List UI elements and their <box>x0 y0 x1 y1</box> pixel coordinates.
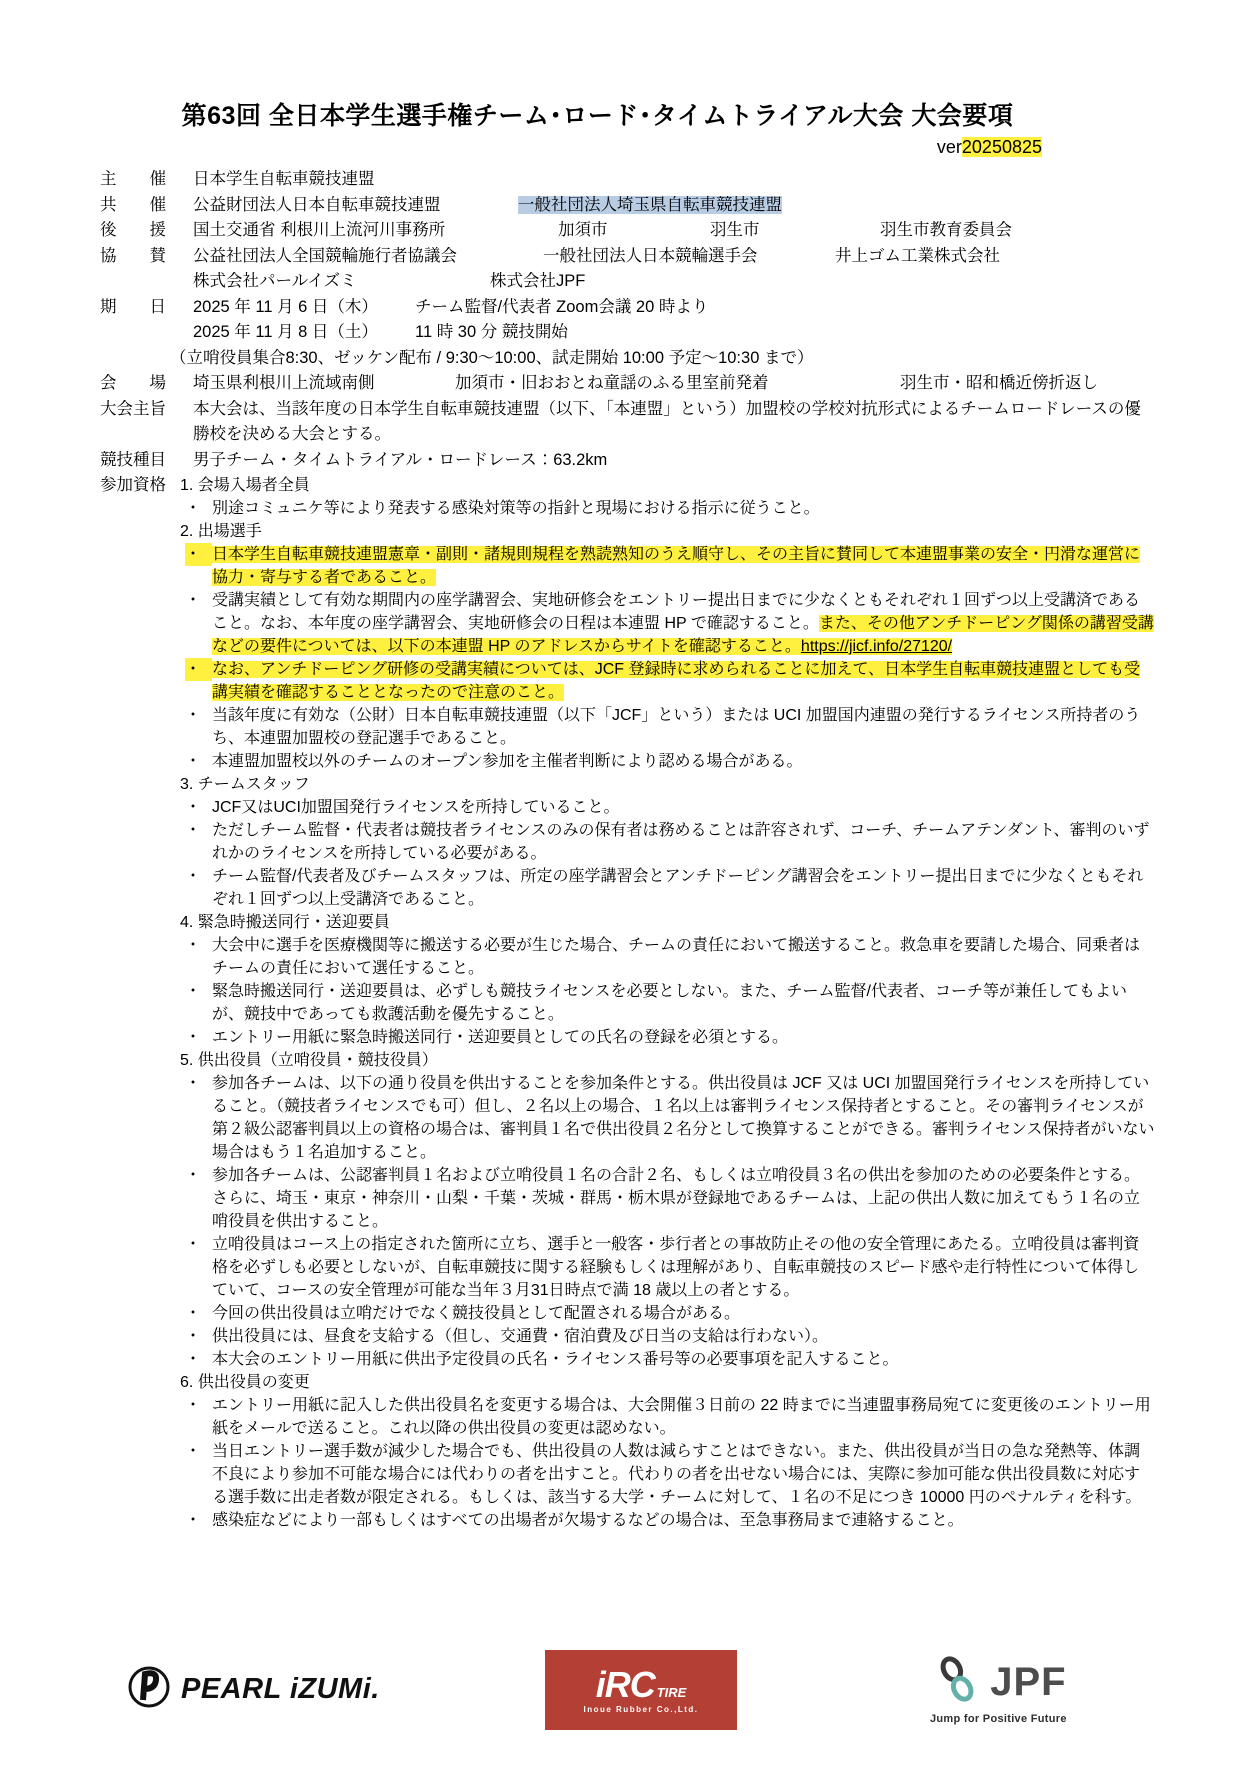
info-label: 協 賛 <box>100 244 193 270</box>
eligibility-list: 1. 会場入場者全員・別途コミュニケ等により発表する感染対策等の指針と現場におけ… <box>180 474 1155 1532</box>
bullet-marker: ・ <box>185 704 212 727</box>
version-line: ver20250825 <box>100 137 1155 158</box>
list-item-text: 受講実績として有効な期間内の座学講習会、実地研修会をエントリー提出日までに少なく… <box>212 589 1155 658</box>
list-item-text: 立哨役員はコース上の指定された箇所に立ち、選手と一般客・歩行者との事故防止その他… <box>212 1233 1155 1302</box>
info-row: 大会主旨本大会は、当該年度の日本学生自転車競技連盟（以下、「本連盟」という）加盟… <box>100 397 1155 448</box>
list-item-text: JCF又はUCI加盟国発行ライセンスを所持していること。 <box>212 796 1155 819</box>
bullet-marker: ・ <box>185 497 212 520</box>
list-heading: 6. 供出役員の変更 <box>180 1371 1155 1394</box>
info-row: 共 催公益財団法人日本自転車競技連盟一般社団法人埼玉県自転車競技連盟 <box>100 193 1155 219</box>
jpf-icon <box>930 1654 984 1709</box>
bullet-marker: ・ <box>185 1440 212 1463</box>
text-segment: 大会中に選手を医療機関等に搬送する必要が生じた場合、チームの責任において搬送する… <box>212 937 1140 977</box>
info-cell: 羽生市 <box>710 218 880 244</box>
info-cell: 一般社団法人埼玉県自転車競技連盟 <box>518 196 782 214</box>
list-item: ・エントリー用紙に記入した供出役員名を変更する場合は、大会開催３日前の 22 時… <box>180 1394 1155 1440</box>
list-item: ・本大会のエントリー用紙に供出予定役員の氏名・ライセンス番号等の必要事項を記入す… <box>180 1348 1155 1371</box>
list-item-text: 当該年度に有効な（公財）日本自転車競技連盟（以下「JCF」という）または UCI… <box>212 704 1155 750</box>
list-item-text: チーム監督/代表者及びチームスタッフは、所定の座学講習会とアンチドーピング講習会… <box>212 865 1155 911</box>
jpf-wordmark: JPF <box>990 1662 1066 1702</box>
info-label: 共 催 <box>100 193 193 219</box>
info-cell: 株式会社パールイズミ <box>193 269 490 295</box>
list-item: ・別途コミュニケ等により発表する感染対策等の指針と現場における指示に従うこと。 <box>180 497 1155 520</box>
info-row: 会 場埼玉県利根川上流域南側加須市・旧おおとね童謡のふる里室前発着羽生市・昭和橋… <box>100 371 1155 397</box>
text-segment: 参加各チームは、公認審判員１名および立哨役員１名の合計２名、もしくは立哨役員３名… <box>212 1167 1140 1230</box>
info-cell: 日本学生自転車競技連盟 <box>193 170 375 188</box>
text-segment: 感染症などにより一部もしくはすべての出場者が欠場するなどの場合は、至急事務局まで… <box>212 1512 964 1529</box>
list-item-text: 供出役員には、昼食を支給する（但し、交通費・宿泊費及び日当の支給は行わない）。 <box>212 1325 1155 1348</box>
info-cell: 一般社団法人日本競輪選手会 <box>543 244 835 270</box>
list-item-text: 参加各チームは、以下の通り役員を供出することを参加条件とする。供出役員は JCF… <box>212 1072 1155 1164</box>
bullet-marker: ・ <box>185 796 212 819</box>
list-item-text: エントリー用紙に緊急時搬送同行・送迎要員としての氏名の登録を必須とする。 <box>212 1026 1155 1049</box>
list-item: ・受講実績として有効な期間内の座学講習会、実地研修会をエントリー提出日までに少な… <box>180 589 1155 658</box>
bullet-marker: ・ <box>185 1509 212 1532</box>
info-label: 後 援 <box>100 218 193 244</box>
info-cell: 2025 年 11 月 8 日（土） <box>193 320 415 346</box>
info-label: 競技種目 <box>100 448 193 474</box>
list-item: ・チーム監督/代表者及びチームスタッフは、所定の座学講習会とアンチドーピング講習… <box>180 865 1155 911</box>
info-cell: 国土交通省 利根川上流河川事務所 <box>193 218 558 244</box>
jicf-link[interactable]: https://jicf.info/27120/ <box>801 638 952 655</box>
info-cell: 男子チーム・タイムトライアル・ロードレース：63.2km <box>193 451 607 469</box>
text-segment: エントリー用紙に記入した供出役員名を変更する場合は、大会開催３日前の 22 時ま… <box>212 1397 1151 1437</box>
info-value: 公益社団法人全国競輪施行者協議会一般社団法人日本競輪選手会井上ゴム工業株式会社株… <box>193 244 1155 295</box>
list-item-text: 日本学生自転車競技連盟憲章・副則・諸規則規程を熟読熟知のうえ順守し、その主旨に賛… <box>212 543 1155 589</box>
bullet-marker: ・ <box>185 1072 212 1095</box>
info-label: 大会主旨 <box>100 397 193 423</box>
irc-tire-logo: iRCTIRE Inoue Rubber Co.,Ltd. <box>545 1650 737 1730</box>
list-item: ・ただしチーム監督・代表者は競技者ライセンスのみの保有者は務めることは許容されず… <box>180 819 1155 865</box>
info-label: 会 場 <box>100 371 193 397</box>
bullet-marker: ・ <box>185 1394 212 1417</box>
jpf-tagline: Jump for Positive Future <box>930 1713 1067 1725</box>
text-segment: 当日エントリー選手数が減少した場合でも、供出役員の人数は減らすことはできない。ま… <box>212 1443 1141 1506</box>
pearl-izumi-icon <box>126 1664 172 1715</box>
pearl-izumi-wordmark: PEARL iZUMi. <box>181 1673 380 1706</box>
info-row: 協 賛公益社団法人全国競輪施行者協議会一般社団法人日本競輪選手会井上ゴム工業株式… <box>100 244 1155 295</box>
list-item: ・JCF又はUCI加盟国発行ライセンスを所持していること。 <box>180 796 1155 819</box>
bullet-marker: ・ <box>185 1026 212 1049</box>
text-segment: 本連盟加盟校以外のチームのオープン参加を主催者判断により認める場合がある。 <box>212 753 803 770</box>
info-cell: 公益財団法人日本自転車競技連盟 <box>193 193 518 219</box>
info-label: 主 催 <box>100 167 193 193</box>
list-heading: 5. 供出役員（立哨役員・競技役員） <box>180 1049 1155 1072</box>
text-segment: 日本学生自転車競技連盟憲章・副則・諸規則規程を熟読熟知のうえ順守し、その主旨に賛… <box>212 546 1140 586</box>
list-item: ・参加各チームは、公認審判員１名および立哨役員１名の合計２名、もしくは立哨役員３… <box>180 1164 1155 1233</box>
bullet-marker: ・ <box>185 980 212 1003</box>
list-item: ・当該年度に有効な（公財）日本自転車競技連盟（以下「JCF」という）または UC… <box>180 704 1155 750</box>
list-item-text: 大会中に選手を医療機関等に搬送する必要が生じた場合、チームの責任において搬送する… <box>212 934 1155 980</box>
text-segment: 今回の供出役員は立哨だけでなく競技役員として配置される場合がある。 <box>212 1305 740 1322</box>
text-segment: 本大会のエントリー用紙に供出予定役員の氏名・ライセンス番号等の必要事項を記入する… <box>212 1351 899 1368</box>
version-value: 20250825 <box>962 137 1042 157</box>
list-item-text: 今回の供出役員は立哨だけでなく競技役員として配置される場合がある。 <box>212 1302 1155 1325</box>
pearl-izumi-logo: PEARL iZUMi. <box>126 1664 380 1715</box>
bullet-marker: ・ <box>185 1302 212 1325</box>
list-item-text: エントリー用紙に記入した供出役員名を変更する場合は、大会開催３日前の 22 時ま… <box>212 1394 1155 1440</box>
info-cell: 羽生市・昭和橋近傍折返し <box>900 374 1098 392</box>
info-row: 後 援国土交通省 利根川上流河川事務所加須市羽生市羽生市教育委員会 <box>100 218 1155 244</box>
text-segment: なお、アンチドーピング研修の受講実績については、JCF 登録時に求められることに… <box>212 661 1140 701</box>
irc-company-name: Inoue Rubber Co.,Ltd. <box>545 1705 737 1714</box>
text-segment: 当該年度に有効な（公財）日本自転車競技連盟（以下「JCF」という）または UCI… <box>212 707 1140 747</box>
text-segment: チーム監督/代表者及びチームスタッフは、所定の座学講習会とアンチドーピング講習会… <box>212 868 1144 908</box>
info-row: 競技種目男子チーム・タイムトライアル・ロードレース：63.2km <box>100 448 1155 474</box>
info-cell: 埼玉県利根川上流域南側 <box>193 371 455 397</box>
list-item-text: 本連盟加盟校以外のチームのオープン参加を主催者判断により認める場合がある。 <box>212 750 1155 773</box>
bullet-marker: ・ <box>185 589 212 612</box>
info-row: 主 催日本学生自転車競技連盟 <box>100 167 1155 193</box>
page-title: 第63回 全日本学生選手権チーム･ロード･タイムトライアル大会 大会要項 <box>100 96 1155 132</box>
info-label: 期 日 <box>100 295 193 321</box>
eligibility-label: 参加資格 <box>100 474 180 497</box>
list-item: ・当日エントリー選手数が減少した場合でも、供出役員の人数は減らすことはできない。… <box>180 1440 1155 1509</box>
list-item-text: 緊急時搬送同行・送迎要員は、必ずしも競技ライセンスを必要としない。また、チーム監… <box>212 980 1155 1026</box>
list-heading: 4. 緊急時搬送同行・送迎要員 <box>180 911 1155 934</box>
info-cell: （立哨役員集合8:30、ゼッケン配布 / 9:30～10:00、試走開始 10:… <box>170 349 813 367</box>
bullet-marker: ・ <box>185 1233 212 1256</box>
text-segment: 立哨役員はコース上の指定された箇所に立ち、選手と一般客・歩行者との事故防止その他… <box>212 1236 1139 1299</box>
info-value: 男子チーム・タイムトライアル・ロードレース：63.2km <box>193 448 1155 474</box>
bullet-marker: ・ <box>185 934 212 957</box>
info-cell: チーム監督/代表者 Zoom会議 20 時より <box>415 298 708 316</box>
info-cell: 株式会社JPF <box>490 272 585 290</box>
list-item-text: 当日エントリー選手数が減少した場合でも、供出役員の人数は減らすことはできない。ま… <box>212 1440 1155 1509</box>
eligibility-section: 参加資格 1. 会場入場者全員・別途コミュニケ等により発表する感染対策等の指針と… <box>100 474 1155 1532</box>
list-heading: 3. チームスタッフ <box>180 773 1155 796</box>
list-item-text: ただしチーム監督・代表者は競技者ライセンスのみの保有者は務めることは許容されず、… <box>212 819 1155 865</box>
list-item: ・エントリー用紙に緊急時搬送同行・送迎要員としての氏名の登録を必須とする。 <box>180 1026 1155 1049</box>
list-item: ・本連盟加盟校以外のチームのオープン参加を主催者判断により認める場合がある。 <box>180 750 1155 773</box>
info-value: 2025 年 11 月 6 日（木）チーム監督/代表者 Zoom会議 20 時よ… <box>193 295 1155 372</box>
info-row: 期 日2025 年 11 月 6 日（木）チーム監督/代表者 Zoom会議 20… <box>100 295 1155 372</box>
info-value: 埼玉県利根川上流域南側加須市・旧おおとね童謡のふる里室前発着羽生市・昭和橋近傍折… <box>193 371 1155 397</box>
info-value: 国土交通省 利根川上流河川事務所加須市羽生市羽生市教育委員会 <box>193 218 1155 244</box>
irc-wordmark: iRC <box>596 1664 655 1705</box>
info-value: 日本学生自転車競技連盟 <box>193 167 1155 193</box>
list-item-text: なお、アンチドーピング研修の受講実績については、JCF 登録時に求められることに… <box>212 658 1155 704</box>
info-cell: 井上ゴム工業株式会社 <box>835 247 1000 265</box>
info-cell: 公益社団法人全国競輪施行者協議会 <box>193 244 543 270</box>
info-value: 公益財団法人日本自転車競技連盟一般社団法人埼玉県自転車競技連盟 <box>193 193 1155 219</box>
text-segment: 緊急時搬送同行・送迎要員は、必ずしも競技ライセンスを必要としない。また、チーム監… <box>212 983 1127 1023</box>
bullet-marker: ・ <box>185 750 212 773</box>
list-item: ・感染症などにより一部もしくはすべての出場者が欠場するなどの場合は、至急事務局ま… <box>180 1509 1155 1532</box>
list-item: ・緊急時搬送同行・送迎要員は、必ずしも競技ライセンスを必要としない。また、チーム… <box>180 980 1155 1026</box>
list-item: ・供出役員には、昼食を支給する（但し、交通費・宿泊費及び日当の支給は行わない）。 <box>180 1325 1155 1348</box>
jpf-logo: JPF Jump for Positive Future <box>930 1654 1067 1725</box>
info-cell: 2025 年 11 月 6 日（木） <box>193 295 415 321</box>
list-item-text: 本大会のエントリー用紙に供出予定役員の氏名・ライセンス番号等の必要事項を記入する… <box>212 1348 1155 1371</box>
info-cell: 羽生市教育委員会 <box>880 221 1012 239</box>
info-cell: 11 時 30 分 競技開始 <box>415 323 568 341</box>
bullet-marker: ・ <box>185 865 212 888</box>
sponsor-footer: PEARL iZUMi. iRCTIRE Inoue Rubber Co.,Lt… <box>0 1648 1252 1748</box>
list-item: ・日本学生自転車競技連盟憲章・副則・諸規則規程を熟読熟知のうえ順守し、その主旨に… <box>180 543 1155 589</box>
bullet-marker: ・ <box>185 1325 212 1348</box>
list-item: ・大会中に選手を医療機関等に搬送する必要が生じた場合、チームの責任において搬送す… <box>180 934 1155 980</box>
bullet-marker: ・ <box>185 543 212 566</box>
list-item-text: 感染症などにより一部もしくはすべての出場者が欠場するなどの場合は、至急事務局まで… <box>212 1509 1155 1532</box>
text-segment: 参加各チームは、以下の通り役員を供出することを参加条件とする。供出役員は JCF… <box>212 1075 1155 1161</box>
info-cell: 加須市 <box>558 218 710 244</box>
text-segment: JCF又はUCI加盟国発行ライセンスを所持していること。 <box>212 799 619 816</box>
bullet-marker: ・ <box>185 1164 212 1187</box>
list-item-text: 別途コミュニケ等により発表する感染対策等の指針と現場における指示に従うこと。 <box>212 497 1155 520</box>
info-cell: 本大会は、当該年度の日本学生自転車競技連盟（以下、「本連盟」という）加盟校の学校… <box>193 400 1141 444</box>
bullet-marker: ・ <box>185 1348 212 1371</box>
bullet-marker: ・ <box>185 819 212 842</box>
bullet-marker: ・ <box>185 658 212 681</box>
list-item-text: 参加各チームは、公認審判員１名および立哨役員１名の合計２名、もしくは立哨役員３名… <box>212 1164 1155 1233</box>
text-segment: ただしチーム監督・代表者は競技者ライセンスのみの保有者は務めることは許容されず、… <box>212 822 1149 862</box>
list-heading: 2. 出場選手 <box>180 520 1155 543</box>
list-item: ・なお、アンチドーピング研修の受講実績については、JCF 登録時に求められること… <box>180 658 1155 704</box>
document-page: 第63回 全日本学生選手権チーム･ロード･タイムトライアル大会 大会要項 ver… <box>0 0 1252 1768</box>
irc-tire-label: TIRE <box>657 1685 687 1700</box>
version-prefix: ver <box>937 137 962 157</box>
list-item: ・今回の供出役員は立哨だけでなく競技役員として配置される場合がある。 <box>180 1302 1155 1325</box>
info-value: 本大会は、当該年度の日本学生自転車競技連盟（以下、「本連盟」という）加盟校の学校… <box>193 397 1155 448</box>
list-item: ・参加各チームは、以下の通り役員を供出することを参加条件とする。供出役員は JC… <box>180 1072 1155 1164</box>
text-segment: 別途コミュニケ等により発表する感染対策等の指針と現場における指示に従うこと。 <box>212 500 820 517</box>
text-segment: 供出役員には、昼食を支給する（但し、交通費・宿泊費及び日当の支給は行わない）。 <box>212 1328 828 1345</box>
text-segment: エントリー用紙に緊急時搬送同行・送迎要員としての氏名の登録を必須とする。 <box>212 1029 788 1046</box>
info-table: 主 催日本学生自転車競技連盟共 催公益財団法人日本自転車競技連盟一般社団法人埼玉… <box>100 167 1155 473</box>
list-heading: 1. 会場入場者全員 <box>180 474 1155 497</box>
list-item: ・立哨役員はコース上の指定された箇所に立ち、選手と一般客・歩行者との事故防止その… <box>180 1233 1155 1302</box>
info-cell: 加須市・旧おおとね童謡のふる里室前発着 <box>455 371 900 397</box>
